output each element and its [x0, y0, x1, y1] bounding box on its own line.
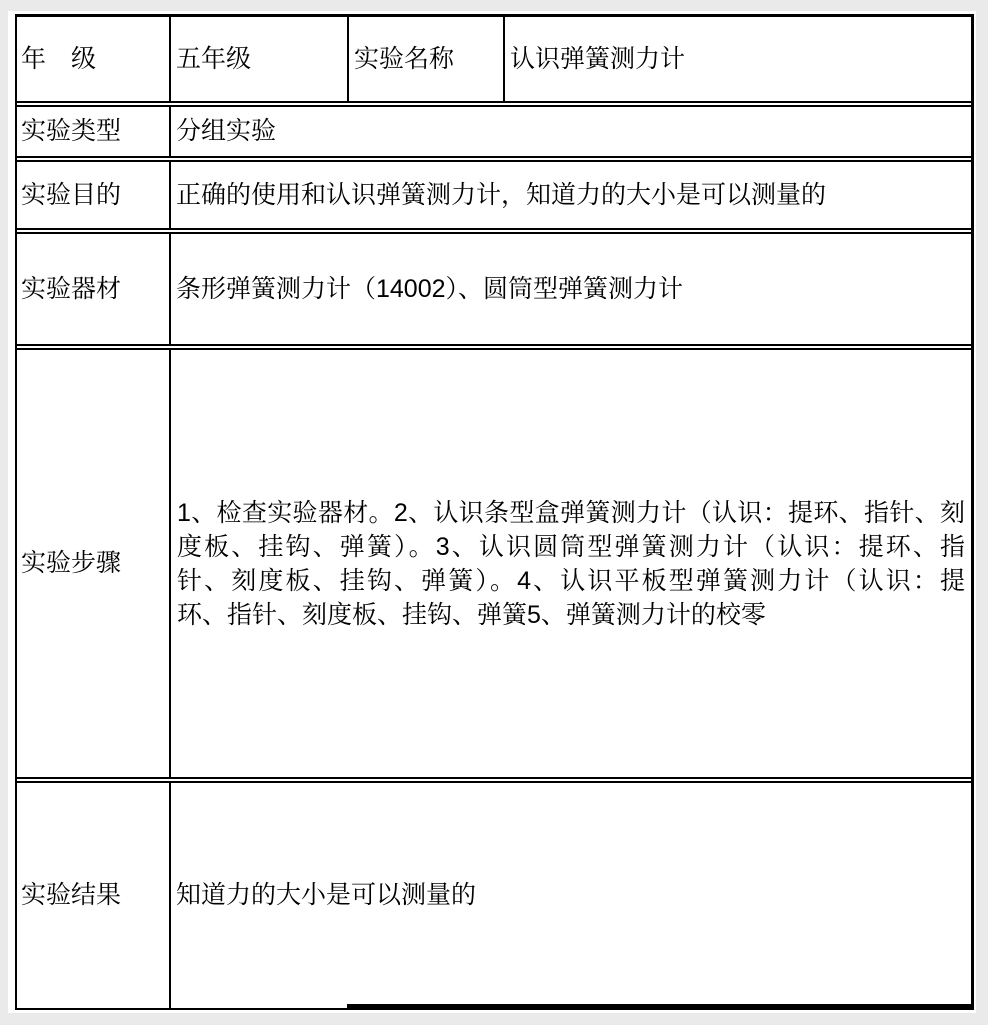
experiment-steps-label: 实验步骤 [21, 547, 121, 580]
experiment-steps-row: 实验步骤 1、检查实验器材。2、认识条型盒弹簧测力计（认识：提环、指针、刻 度板… [17, 344, 971, 777]
experiment-steps-line-2: 度板、挂钩、弹簧）。3、认识圆筒型弹簧测力计（认识：提环、指 [177, 530, 965, 564]
experiment-purpose-value: 正确的使用和认识弹簧测力计，知道力的大小是可以测量的 [176, 179, 826, 212]
experiment-record-table: 年 级 五年级 实验名称 认识弹簧测力计 实验类型 分组实验 实验目的 [15, 14, 974, 1010]
experiment-equipment-row: 实验器材 条形弹簧测力计（14002）、圆筒型弹簧测力计 [17, 228, 971, 344]
experiment-type-row: 实验类型 分组实验 [17, 101, 971, 156]
experiment-steps-value-cell: 1、检查实验器材。2、认识条型盒弹簧测力计（认识：提环、指针、刻 度板、挂钩、弹… [171, 350, 971, 777]
experiment-type-value: 分组实验 [176, 115, 276, 148]
experiment-purpose-row: 实验目的 正确的使用和认识弹簧测力计，知道力的大小是可以测量的 [17, 156, 971, 228]
experiment-steps-label-cell: 实验步骤 [17, 350, 171, 777]
experiment-purpose-label: 实验目的 [21, 179, 121, 212]
experiment-name-value-cell: 认识弹簧测力计 [505, 17, 971, 101]
experiment-steps-line-4: 环、指针、刻度板、挂钩、弹簧5、弹簧测力计的校零 [177, 598, 965, 632]
grade-label: 年 级 [21, 43, 96, 76]
experiment-equipment-label-cell: 实验器材 [17, 234, 171, 344]
experiment-result-value-cell: 知道力的大小是可以测量的 [171, 783, 971, 1008]
table-bottom-thick-border [347, 1004, 974, 1010]
experiment-result-row: 实验结果 知道力的大小是可以测量的 [17, 777, 971, 1008]
experiment-purpose-label-cell: 实验目的 [17, 162, 171, 228]
experiment-steps-line-1: 1、检查实验器材。2、认识条型盒弹簧测力计（认识：提环、指针、刻 [177, 496, 965, 530]
header-row: 年 级 五年级 实验名称 认识弹簧测力计 [17, 17, 971, 101]
document-page: 年 级 五年级 实验名称 认识弹簧测力计 实验类型 分组实验 实验目的 [0, 0, 988, 1025]
experiment-result-value: 知道力的大小是可以测量的 [176, 879, 476, 912]
experiment-result-label-cell: 实验结果 [17, 783, 171, 1008]
experiment-equipment-label: 实验器材 [21, 273, 121, 306]
experiment-purpose-value-cell: 正确的使用和认识弹簧测力计，知道力的大小是可以测量的 [171, 162, 971, 228]
experiment-type-label-cell: 实验类型 [17, 107, 171, 156]
grade-value: 五年级 [176, 43, 251, 76]
experiment-name-value: 认识弹簧测力计 [510, 43, 685, 76]
experiment-result-label: 实验结果 [21, 879, 121, 912]
grade-value-cell: 五年级 [171, 17, 349, 101]
experiment-steps-line-3: 针、刻度板、挂钩、弹簧）。4、认识平板型弹簧测力计（认识：提 [177, 564, 965, 598]
experiment-type-value-cell: 分组实验 [171, 107, 971, 156]
experiment-name-label-cell: 实验名称 [349, 17, 505, 101]
experiment-name-label: 实验名称 [354, 43, 454, 76]
grade-label-cell: 年 级 [17, 17, 171, 101]
experiment-equipment-value-cell: 条形弹簧测力计（14002）、圆筒型弹簧测力计 [171, 234, 971, 344]
experiment-type-label: 实验类型 [21, 115, 121, 148]
experiment-equipment-value: 条形弹簧测力计（14002）、圆筒型弹簧测力计 [176, 273, 683, 306]
